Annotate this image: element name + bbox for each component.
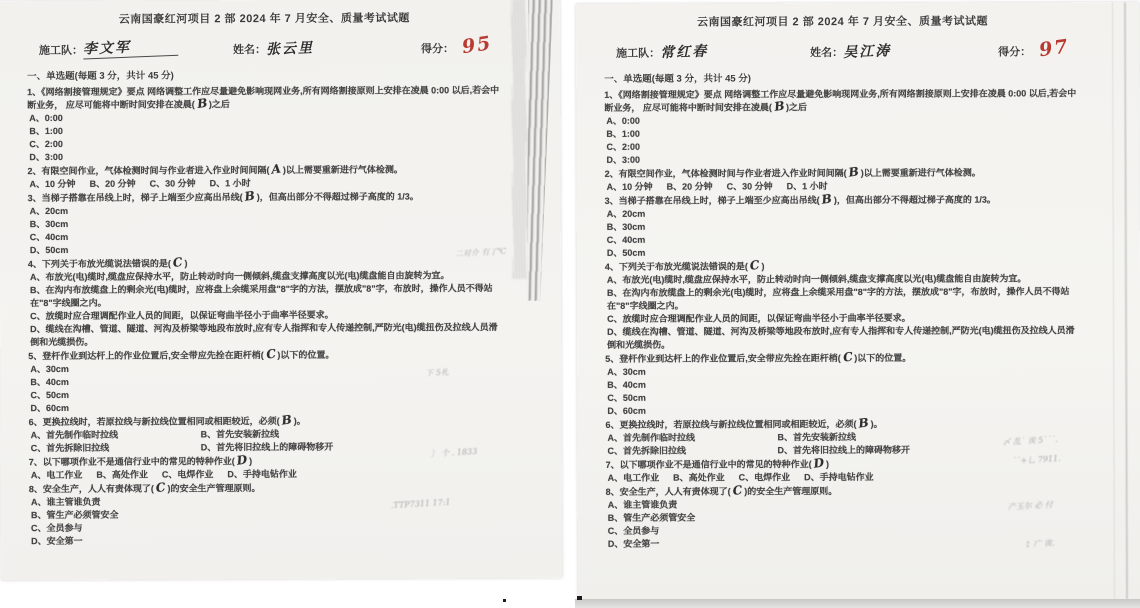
scan-speck [577,596,582,600]
question-stem: 6、更换拉线时，若原拉线与新拉线位置相同或相距较近，必须( B )。 [605,417,1082,432]
question-stem-text: 3、当梯子搭靠在吊线上时，梯子上端至少应高出吊线( [605,195,820,206]
section-title: 一、单选题(每题 3 分，共计 45 分) [27,66,502,82]
question-stem-tail: )以下的位置。 [854,353,911,363]
score-handwriting: 97 [1038,35,1071,61]
exam-header: 施工队： 常红春 姓名： 吴江涛 得分： 97 [616,35,1081,61]
option-D: D、缆线在沟槽、管道、隧道、河沟及桥梁等地段布放时,应有专人指挥和专人传递控制,… [607,324,1082,352]
option-A: A、10 分钟 [30,179,76,189]
scan-speck [503,599,506,602]
option-D: D、3:00 [29,149,502,164]
question-stem-text: 6、更换拉线时，若原拉线与新拉线位置相同或相距较近，必须( [29,416,280,427]
option-D: D、50cm [607,245,1082,260]
question-stem-tail: )，但高出部分不得超过梯子高度的 1/3。 [257,191,419,202]
question-stem-tail: ) [184,258,187,268]
option-C: C、30 分钟 [150,178,196,188]
options-inline-row: A、电工作业B、高处作业C、电焊作业D、手持电钻作业 [608,470,1083,485]
question-list: 1、《网络割接管理规定》要点 网络调整工作应尽量避免影响现网业务,所有网络割接原… [27,84,504,548]
name-handwriting: 张云里 [266,35,377,59]
option-B: B、20 分钟 [667,182,713,192]
option-B: B、首先安装新拉线 [777,431,967,445]
options-inline-row: A、10 分钟B、20 分钟C、30 分钟D、1 小时 [607,179,1082,194]
option-C: C、首先拆除旧拉线 [607,444,777,458]
scan-table-edge [575,599,1140,608]
question-stem-tail: )以上需要重新进行气体检测。 [861,168,981,178]
name-label: 姓名： [810,44,843,60]
option-D: D、安全第一 [608,536,1083,551]
question-stem-text: 7、以下哪项作业不是通信行业中的常见的特种作业( [29,456,235,467]
question-stem-text: 6、更换拉线时，若原拉线与新拉线位置相同或相距较近，必须( [605,419,856,430]
scanned-exam-sheets: 二对介 有了℃ 下 5札 〕 个 . 1833 .TTP7311 17:1 云南… [0,0,1140,608]
option-A: A、首先制作临时拉线 [31,428,201,442]
score-label: 得分： [998,43,1031,59]
option-D: D、缆线在沟槽、管道、隧道、河沟及桥梁等地段布放时,应有专人指挥和专人传递控制,… [30,321,503,349]
option-D: D、1 小时 [210,178,251,188]
handwritten-answer: C [263,348,278,360]
name-label: 姓名： [233,41,266,57]
question-stem-text: 4、下列关于布放光缆说法错误的是( [605,261,748,271]
team-handwriting: 常红春 [660,39,756,63]
option-C: C、电焊作业 [739,472,791,482]
question-stem-text: 3、当梯子搭靠在吊线上时，梯子上端至少应高出吊线( [28,192,243,203]
section-title: 一、单选题(每题 3 分，共计 45 分) [604,69,1081,85]
option-D: D、50cm [30,242,503,257]
question-stem: 6、更换拉线时，若原拉线与新拉线位置相同或相距较近，必须( B )。 [29,414,504,429]
question-4: 4、下列关于布放光缆说法错误的是( C )A、布放光(电)缆时,缆盘应保持水平，… [605,259,1082,352]
question-list: 1、《网络割接管理规定》要点 网络调整工作应尽量避免影响现网业务,所有网络割接原… [604,87,1083,551]
question-stem-tail: )。 [871,419,883,429]
question-2: 2、有限空间作业，气体检测时间与作业者进入作业时间间隔( A )以上需要重新进行… [27,163,502,191]
question-stem-tail: )的安全生产管理原则。 [167,483,260,493]
option-A: A、10 分钟 [607,182,653,192]
question-stem-text: 2、有限空间作业，气体检测时间与作业者进入作业时间间隔( [605,168,847,179]
option-D: D、首先将旧拉线上的障碍物移开 [777,444,967,458]
question-6: 6、更换拉线时，若原拉线与新拉线位置相同或相距较近，必须( B )。A、首先制作… [605,417,1082,458]
question-stem-text: 8、安全生产，人人有责体现了( [29,484,154,495]
question-stem-text: 5、登杆作业到达杆上的作业位置后,安全带应先拴在距杆梢( [28,350,264,361]
handwritten-answer: B [194,97,209,109]
question-2: 2、有限空间作业，气体检测时间与作业者进入作业时间间隔( B )以上需要重新进行… [605,166,1082,194]
option-C: C、电焊作业 [162,469,214,479]
question-5: 5、登杆作业到达杆上的作业位置后,安全带应先拴在距杆梢( C )以下的位置。A、… [605,351,1082,418]
question-stem-tail: ) [249,456,252,466]
option-B: B、在沟内布放缆盘上的剩余光(电)缆时，应将盘上余缆采用盘"8"字的方法，摆放成… [30,282,503,310]
question-stem-tail: )的安全生产管理原则。 [744,486,837,496]
question-stem-tail: )之后 [786,102,807,112]
question-stem-text: 4、下列关于布放光缆说法错误的是( [28,258,171,269]
question-stem-tail: ) [761,261,764,271]
handwritten-answer: B [771,100,786,112]
question-4: 4、下列关于布放光缆说法错误的是( C )A、布放光(电)缆时,缆盘应保持水平，… [28,256,503,349]
option-D: D、60cm [30,400,503,415]
option-A: A、电工作业 [31,470,83,480]
option-B: B、在沟内布放缆盘上的剩余光(电)缆时，应将盘上余缆采用盘"8"字的方法，摆放成… [607,285,1082,313]
question-1: 1、《网络割接管理规定》要点 网络调整工作应尽量避免影响现网业务,所有网络割接原… [604,87,1081,167]
option-A: A、首先制作临时拉线 [607,431,777,445]
question-stem-text: 7、以下哪项作业不是通信行业中的常见的特种作业( [606,459,812,470]
question-stem: 1、《网络割接管理规定》要点 网络调整工作应尽量避免影响现网业务,所有网络割接原… [27,84,502,112]
handwritten-answer: C [747,260,762,272]
question-stem-text: 1、《网络割接管理规定》要点 网络调整工作应尽量避免影响现网业务,所有网络割接原… [27,85,499,110]
handwritten-answer: D [234,454,250,466]
question-1: 1、《网络割接管理规定》要点 网络调整工作应尽量避免影响现网业务,所有网络割接原… [27,84,502,164]
question-stem-tail: )，但高出部分不得超过梯子高度的 1/3。 [834,195,996,206]
question-stem-tail: )。 [294,416,306,426]
handwritten-answer: A [269,163,283,175]
team-label: 施工队： [616,45,660,61]
exam-page-right: 〆 乱˙ 诶 5˙˙˙. ˙˙+乚 7911. 产玉尔 必 付 〻 广 诶. 云… [576,2,1140,601]
options-grid: A、首先制作临时拉线B、首先安装新拉线C、首先拆除旧拉线D、首先将旧拉线上的障碍… [31,428,391,456]
option-B: B、20 分钟 [90,179,136,189]
exam-page-left: 二对介 有了℃ 下 5札 〕 个 . 1833 .TTP7311 17:1 云南… [0,0,562,580]
exam-title: 云南国豪红河项目 2 部 2024 年 7 月安全、质量考试试题 [604,12,1081,30]
team-label: 施工队： [39,42,83,58]
question-3: 3、当梯子搭靠在吊线上时，梯子上端至少应高出吊线( B )，但高出部分不得超过梯… [28,190,503,257]
handwritten-answer: B [846,166,861,178]
handwritten-answer: B [819,193,834,205]
name-handwriting: 吴江涛 [843,38,954,62]
handwritten-answer: B [279,414,294,426]
score-label: 得分： [421,40,454,56]
question-7: 7、以下哪项作业不是通信行业中的常见的特种作业( D )A、电工作业B、高处作业… [606,457,1083,485]
question-6: 6、更换拉线时，若原拉线与新拉线位置相同或相距较近，必须( B )。A、首先制作… [29,414,504,455]
options-inline-row: A、10 分钟B、20 分钟C、30 分钟D、1 小时 [30,176,503,191]
option-B: B、首先安装新拉线 [201,428,391,442]
question-3: 3、当梯子搭靠在吊线上时，梯子上端至少应高出吊线( B )，但高出部分不得超过梯… [605,193,1082,260]
question-stem-tail: )之后 [209,99,230,109]
option-C: C、30 分钟 [727,181,773,191]
question-stem-text: 2、有限空间作业，气体检测时间与作业者进入作业时间间隔( [27,165,269,176]
question-stem: 1、《网络割接管理规定》要点 网络调整工作应尽量避免影响现网业务,所有网络割接原… [604,87,1081,115]
options-grid: A、首先制作临时拉线B、首先安装新拉线C、首先拆除旧拉线D、首先将旧拉线上的障碍… [607,431,967,458]
option-D: D、60cm [607,403,1082,418]
question-8: 8、安全生产，人人有责体现了( C )的安全生产管理原则。A、谁主管谁负责B、管… [29,481,504,548]
option-D: D、手持电钻作业 [804,472,874,482]
handwritten-answer: B [856,417,871,429]
question-stem-tail: )以上需要重新进行气体检测。 [283,164,403,175]
exam-title: 云南国豪红河项目 2 部 2024 年 7 月安全、质量考试试题 [27,9,502,27]
question-7: 7、以下哪项作业不是通信行业中的常见的特种作业( D )A、电工作业B、高处作业… [29,454,504,482]
question-stem-text: 1、《网络割接管理规定》要点 网络调整工作应尽量避免影响现网业务,所有网络割接原… [604,88,1076,113]
option-B: B、高处作业 [96,470,148,480]
question-8: 8、安全生产，人人有责体现了( C )的安全生产管理原则。A、谁主管谁负责B、管… [606,484,1083,551]
team-handwriting: 李文军 [83,35,179,60]
option-B: B、高处作业 [673,472,725,482]
question-stem-tail: )以下的位置。 [277,350,334,360]
score-handwriting: 95 [461,32,494,58]
option-D: D、3:00 [606,152,1081,167]
option-D: D、安全第一 [31,533,504,548]
handwritten-answer: C [153,482,168,494]
exam-header: 施工队： 李文军 姓名： 张云里 得分： 95 [39,32,502,58]
handwritten-answer: C [840,351,855,363]
question-stem-tail: ) [826,459,829,469]
handwritten-answer: B [242,190,257,202]
handwritten-answer: C [730,485,745,497]
option-D: D、首先将旧拉线上的障碍物移开 [201,441,391,455]
question-stem-text: 8、安全生产，人人有责体现了( [606,486,731,496]
options-inline-row: A、电工作业B、高处作业C、电焊作业D、手持电钻作业 [31,467,504,482]
handwritten-answer: D [811,457,827,469]
question-5: 5、登杆作业到达杆上的作业位置后,安全带应先拴在距杆梢( C )以下的位置。A、… [28,348,503,415]
option-A: A、电工作业 [608,473,660,483]
question-stem-text: 5、登杆作业到达杆上的作业位置后,安全带应先拴在距杆梢( [605,353,841,364]
option-D: D、1 小时 [787,181,828,191]
option-D: D、手持电钻作业 [227,469,297,479]
option-C: C、首先拆除旧拉线 [31,441,201,455]
handwritten-answer: C [170,257,185,269]
